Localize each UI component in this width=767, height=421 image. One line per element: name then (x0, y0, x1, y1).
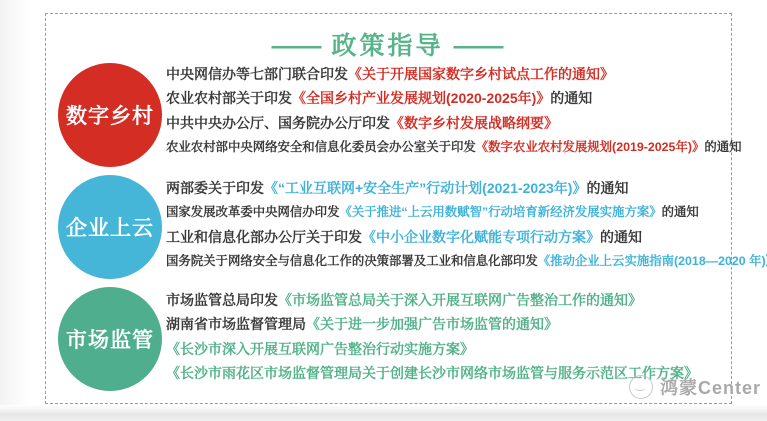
policy-line: 农业农村部中央网络安全和信息化委员会办公室关于印发《数字农业农村发展规划(201… (166, 135, 742, 159)
policy-line: 农业农村部关于印发《全国乡村产业发展规划(2020-2025年)》的通知 (166, 86, 742, 110)
policy-doc-title: 《数字乡村发展战略纲要》 (390, 115, 558, 131)
policy-line: 中共中央办公厅、国务院办公厅印发《数字乡村发展战略纲要》 (166, 111, 742, 135)
policy-doc-title: 《“工业互联网+安全生产”行动计划(2021-2023年)》 (264, 180, 586, 196)
policy-doc-title: 《关于开展国家数字乡村试点工作的通知》 (348, 66, 614, 82)
policy-doc-title: 《推动企业上云实施指南(2018—2020 年)》 (538, 254, 767, 268)
left-edge-shade (0, 0, 44, 421)
policy-doc-title: 《关于推进“上云用数赋智”行动培育新经济发展实施方案》 (339, 205, 661, 219)
section-digital-village: 中央网信办等七部门联合印发《关于开展国家数字乡村试点工作的通知》 农业农村部关于… (166, 62, 742, 160)
watermark: 鸿蒙Center (629, 374, 761, 400)
title-dash-right: —— (454, 32, 504, 60)
policy-line: 《长沙市深入开展互联网广告整治行动实施方案》 (166, 337, 698, 361)
section-enterprise-cloud: 两部委关于印发《“工业互联网+安全生产”行动计划(2021-2023年)》的通知… (166, 176, 767, 274)
policy-doc-title: 《中小企业数字化赋能专项行动方案》 (362, 229, 600, 245)
bottom-edge-shade (0, 405, 767, 421)
section-market-supervision: 市场监管总局印发《市场监管总局关于深入开展互联网广告整治工作的通知》 湖南省市场… (166, 288, 698, 386)
policy-line: 湖南省市场监督管理局《关于进一步加强广告市场监管的通知》 (166, 312, 698, 336)
policy-line: 国家发展改革委中央网信办印发《关于推进“上云用数赋智”行动培育新经济发展实施方案… (166, 200, 767, 224)
watermark-text: 鸿蒙Center (660, 374, 761, 400)
infographic-canvas: ——政策指导—— 数字乡村 中央网信办等七部门联合印发《关于开展国家数字乡村试点… (0, 0, 767, 421)
policy-doc-title: 《长沙市雨花区市场监督管理局关于创建长沙市网络市场监管与服务示范区工作方案》 (166, 365, 698, 381)
page-title-text: 政策指导 (331, 32, 443, 60)
policy-doc-title: 《市场监管总局关于深入开展互联网广告整治工作的通知》 (278, 292, 642, 308)
policy-doc-title: 《数字农业农村发展规划(2019-2025年)》 (476, 140, 705, 154)
watermark-logo-icon (629, 375, 653, 399)
policy-doc-title: 《全国乡村产业发展规划(2020-2025年)》 (292, 90, 550, 106)
policy-doc-title: 《长沙市深入开展互联网广告整治行动实施方案》 (166, 341, 474, 357)
policy-line: 两部委关于印发《“工业互联网+安全生产”行动计划(2021-2023年)》的通知 (166, 176, 767, 200)
page-title: ——政策指导—— (45, 26, 730, 62)
policy-line: 工业和信息化部办公厅关于印发《中小企业数字化赋能专项行动方案》的通知 (166, 225, 767, 249)
badge-enterprise-cloud: 企业上云 (58, 175, 162, 279)
policy-line: 国务院关于网络安全与信息化工作的决策部署及工业和信息化部印发《推动企业上云实施指… (166, 249, 767, 273)
policy-line: 中央网信办等七部门联合印发《关于开展国家数字乡村试点工作的通知》 (166, 62, 742, 86)
policy-line: 《长沙市雨花区市场监督管理局关于创建长沙市网络市场监管与服务示范区工作方案》 (166, 361, 698, 385)
policy-doc-title: 《关于进一步加强广告市场监管的通知》 (306, 316, 558, 332)
policy-line: 市场监管总局印发《市场监管总局关于深入开展互联网广告整治工作的通知》 (166, 288, 698, 312)
title-dash-left: —— (271, 32, 321, 60)
badge-market-supervision: 市场监管 (58, 287, 162, 391)
badge-digital-village: 数字乡村 (58, 63, 162, 167)
